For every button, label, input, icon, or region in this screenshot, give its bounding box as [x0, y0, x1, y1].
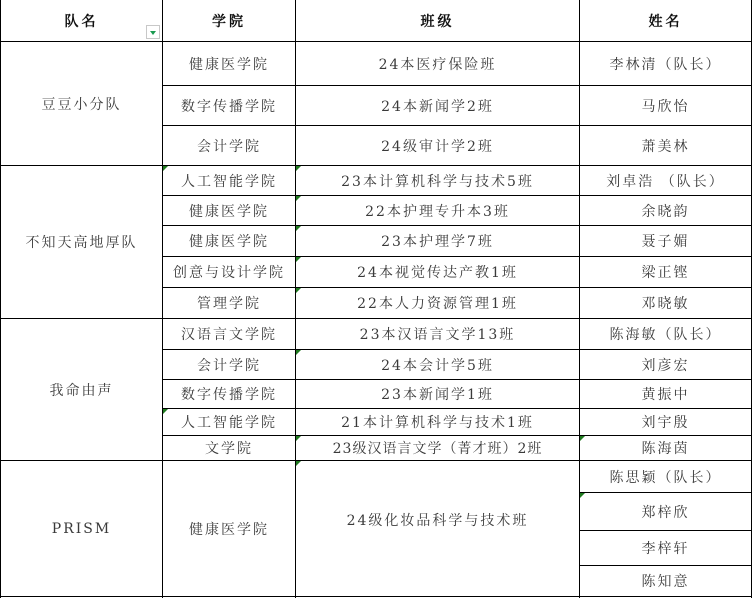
member-name-cell[interactable]: 李梓轩 [580, 531, 751, 565]
class-cell[interactable]: 22本护理专升本3班 [296, 196, 579, 225]
team-name-cell[interactable]: 豆豆小分队 [1, 42, 162, 165]
college-cell[interactable]: 健康医学院 [163, 42, 295, 85]
college-cell[interactable]: 人工智能学院 [163, 409, 295, 435]
member-name-cell[interactable]: 聂子媚 [580, 226, 751, 256]
cell-note-marker-icon [580, 493, 585, 498]
header-name[interactable]: 姓名 [580, 1, 751, 41]
college-cell[interactable]: 文学院 [163, 436, 295, 460]
team-name-cell[interactable]: 我命由声 [1, 319, 162, 460]
cell-note-marker-icon [296, 196, 301, 201]
class-cell[interactable]: 24本视觉传达产教1班 [296, 257, 579, 287]
college-cell[interactable]: 健康医学院 [163, 196, 295, 225]
class-cell[interactable]: 24级审计学2班 [296, 126, 579, 165]
cell-note-marker-icon [296, 166, 301, 171]
class-cell[interactable]: 24本医疗保险班 [296, 42, 579, 85]
member-name-cell[interactable]: 陈知意 [580, 566, 751, 596]
cell-note-marker-icon [163, 409, 168, 414]
cell-note-marker-icon [296, 257, 301, 262]
member-name-cell[interactable]: 马欣怡 [580, 86, 751, 125]
member-name-cell[interactable]: 邓晓敏 [580, 288, 751, 318]
class-cell[interactable]: 24本会计学5班 [296, 350, 579, 379]
cell-note-marker-icon [163, 166, 168, 171]
college-cell[interactable]: 汉语言文学院 [163, 319, 295, 349]
college-cell[interactable]: 创意与设计学院 [163, 257, 295, 287]
college-cell[interactable]: 健康医学院 [163, 461, 295, 596]
member-name-cell[interactable]: 郑梓欣 [580, 493, 751, 530]
header-college[interactable]: 学院 [163, 1, 295, 41]
member-name-cell[interactable]: 刘彦宏 [580, 350, 751, 379]
member-name-cell[interactable]: 陈思颖（队长） [580, 461, 751, 492]
college-cell[interactable]: 数字传播学院 [163, 380, 295, 408]
member-name-cell[interactable]: 余晓韵 [580, 196, 751, 225]
spreadsheet-table: 队名 学院 班级 姓名 豆豆小分队 健康医学院 24本医疗保险班 李林清（队长）… [0, 0, 754, 598]
cell-note-marker-icon [296, 288, 301, 293]
cell-note-marker-icon [580, 436, 585, 441]
grid-line [751, 0, 752, 598]
cell-note-marker-icon [296, 436, 301, 441]
cell-note-marker-icon [296, 461, 301, 466]
class-cell[interactable]: 22本人力资源管理1班 [296, 288, 579, 318]
class-cell[interactable]: 21本计算机科学与技术1班 [296, 409, 579, 435]
member-name-cell[interactable]: 刘宇殷 [580, 409, 751, 435]
member-name-cell[interactable]: 梁正铿 [580, 257, 751, 287]
member-name-cell[interactable]: 萧美林 [580, 126, 751, 165]
grid-line [0, 596, 752, 597]
member-name-cell[interactable]: 黄振中 [580, 380, 751, 408]
cell-note-marker-icon [296, 226, 301, 231]
class-cell[interactable]: 23本汉语言文学13班 [296, 319, 579, 349]
member-name-cell[interactable]: 陈海敏（队长） [580, 319, 751, 349]
team-name-cell[interactable]: PRISM [1, 461, 162, 596]
class-cell[interactable]: 24级化妆品科学与技术班 [296, 461, 579, 579]
header-team[interactable]: 队名 [1, 1, 162, 41]
class-cell[interactable]: 23级汉语言文学（菁才班）2班 [296, 436, 579, 460]
member-name-cell[interactable]: 李林清（队长） [580, 42, 751, 85]
college-cell[interactable]: 数字传播学院 [163, 86, 295, 125]
cell-note-marker-icon [296, 350, 301, 355]
class-cell[interactable]: 23本护理学7班 [296, 226, 579, 256]
member-name-cell[interactable]: 陈海茵 [580, 436, 751, 460]
member-name-cell[interactable]: 刘卓浩 （队长） [580, 166, 751, 195]
college-cell[interactable]: 会计学院 [163, 126, 295, 165]
header-class[interactable]: 班级 [296, 1, 579, 41]
team-name-cell[interactable]: 不知天高地厚队 [1, 166, 162, 318]
class-cell[interactable]: 24本新闻学2班 [296, 86, 579, 125]
class-cell[interactable]: 23本新闻学1班 [296, 380, 579, 408]
college-cell[interactable]: 人工智能学院 [163, 166, 295, 195]
college-cell[interactable]: 健康医学院 [163, 226, 295, 256]
college-cell[interactable]: 管理学院 [163, 288, 295, 318]
college-cell[interactable]: 会计学院 [163, 350, 295, 379]
filter-dropdown-icon[interactable] [146, 25, 160, 39]
class-cell[interactable]: 23本计算机科学与技术5班 [296, 166, 579, 195]
